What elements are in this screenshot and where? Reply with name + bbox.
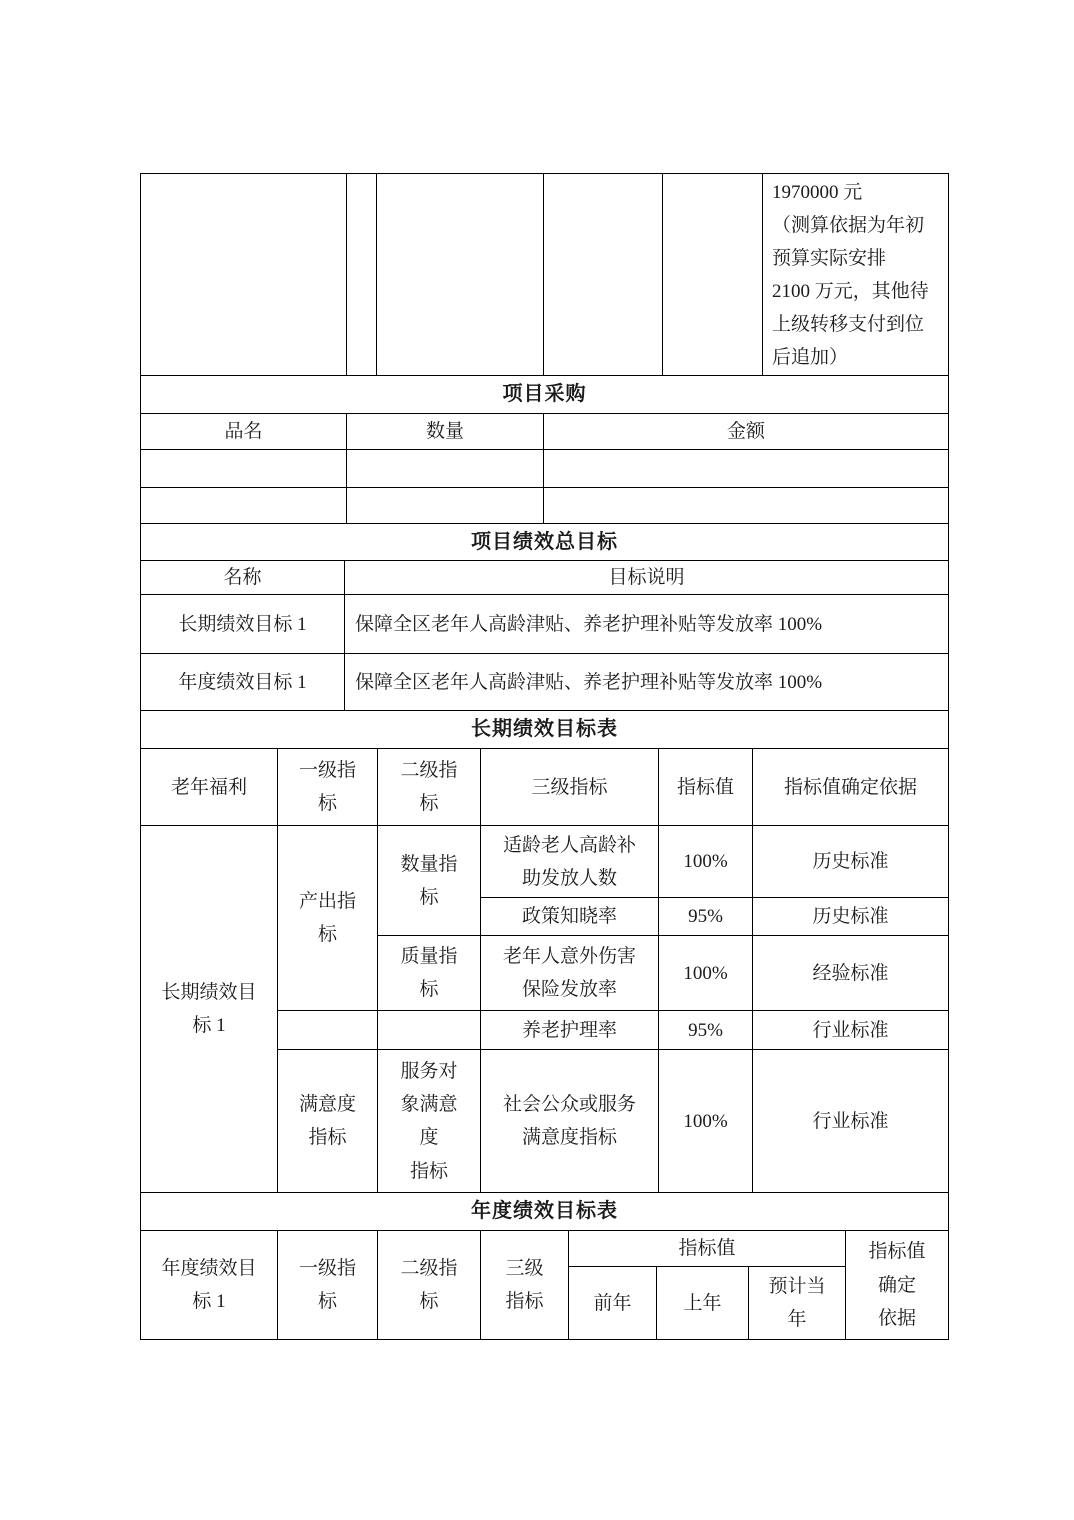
level2-cell: 服务对 象满意 度 指标: [378, 1050, 481, 1193]
document-content: 1970000 元 （测算依据为年初 预算实际安排 2100 万元，其他待 上级…: [140, 173, 948, 1340]
level3-cell: 社会公众或服务 满意度指标: [481, 1050, 659, 1193]
carryover-cell-4: [544, 174, 663, 376]
col-value-basis: 指标值 确定 依据: [846, 1231, 949, 1340]
col-last-year: 上年: [657, 1267, 749, 1340]
value-cell: 95%: [659, 1011, 753, 1050]
col-quantity: 数量: [347, 414, 544, 450]
overall-goals-title: 项目绩效总目标: [141, 524, 949, 561]
carryover-cell-2: [347, 174, 377, 376]
amount-cell: [544, 450, 949, 488]
basis-cell: 行业标准: [753, 1011, 949, 1050]
carryover-cell-5: [663, 174, 763, 376]
long-term-title: 长期绩效目标表: [141, 711, 949, 749]
carryover-cell-3: [377, 174, 544, 376]
procurement-empty-row: [141, 488, 949, 524]
level2-cell: [378, 1011, 481, 1050]
procurement-title: 项目采购: [141, 376, 949, 414]
level1-cell: 满意度 指标: [278, 1050, 378, 1193]
overall-goals-title-row: 项目绩效总目标: [141, 524, 949, 561]
long-term-table: 长期绩效目标表 老年福利 一级指 标 二级指 标 三级指标 指标值 指标值确定依…: [140, 710, 949, 1193]
level2-cell: 数量指 标: [378, 826, 481, 936]
col-level2-indicator: 二级指 标: [378, 749, 481, 826]
value-cell: 100%: [659, 936, 753, 1011]
col-year-before-last: 前年: [569, 1267, 657, 1340]
goal-description-cell: 保障全区老年人高龄津贴、养老护理补贴等发放率 100%: [345, 654, 949, 711]
level3-cell: 政策知晓率: [481, 898, 659, 936]
col-current-year-estimate: 预计当 年: [749, 1267, 846, 1340]
col-level3-indicator: 三级指标: [481, 749, 659, 826]
value-cell: 100%: [659, 826, 753, 898]
budget-amount-note: 1970000 元 （测算依据为年初 预算实际安排 2100 万元，其他待 上级…: [763, 174, 949, 376]
carryover-cell-1: [141, 174, 347, 376]
value-cell: 100%: [659, 1050, 753, 1193]
col-indicator-value-group: 指标值: [569, 1231, 846, 1267]
long-term-title-row: 长期绩效目标表: [141, 711, 949, 749]
indicator-row: 长期绩效目 标 1 产出指 标 数量指 标 适龄老人高龄补 助发放人数 100%…: [141, 826, 949, 898]
annual-header-row-1: 年度绩效目 标 1 一级指 标 二级指 标 三级 指标 指标值 指标值 确定 依…: [141, 1231, 949, 1267]
item-name-cell: [141, 488, 347, 524]
value-cell: 95%: [659, 898, 753, 936]
col-value-basis: 指标值确定依据: [753, 749, 949, 826]
goal-row-annual: 年度绩效目标 1 保障全区老年人高龄津贴、养老护理补贴等发放率 100%: [141, 654, 949, 711]
procurement-empty-row: [141, 450, 949, 488]
col-level1-indicator: 一级指 标: [278, 749, 378, 826]
annual-goal-label: 年度绩效目 标 1: [141, 1231, 278, 1340]
goal-label-cell: 长期绩效目 标 1: [141, 826, 278, 1193]
annual-title-row: 年度绩效目标表: [141, 1193, 949, 1231]
level3-cell: 养老护理率: [481, 1011, 659, 1050]
level2-cell: 质量指 标: [378, 936, 481, 1011]
procurement-header-row: 品名 数量 金额: [141, 414, 949, 450]
goal-name-cell: 年度绩效目标 1: [141, 654, 345, 711]
long-term-header-row: 老年福利 一级指 标 二级指 标 三级指标 指标值 指标值确定依据: [141, 749, 949, 826]
col-level2-indicator: 二级指 标: [378, 1231, 481, 1340]
col-level1-indicator: 一级指 标: [278, 1231, 378, 1340]
quantity-cell: [347, 488, 544, 524]
col-goal-description: 目标说明: [345, 561, 949, 595]
col-level3-indicator: 三级 指标: [481, 1231, 569, 1340]
goal-name-cell: 长期绩效目标 1: [141, 595, 345, 654]
carryover-row: 1970000 元 （测算依据为年初 预算实际安排 2100 万元，其他待 上级…: [141, 174, 949, 376]
amount-cell: [544, 488, 949, 524]
basis-cell: 行业标准: [753, 1050, 949, 1193]
document-page: 1970000 元 （测算依据为年初 预算实际安排 2100 万元，其他待 上级…: [0, 0, 1074, 1520]
col-amount: 金额: [544, 414, 949, 450]
col-category: 老年福利: [141, 749, 278, 826]
basis-cell: 历史标准: [753, 826, 949, 898]
goal-description-cell: 保障全区老年人高龄津贴、养老护理补贴等发放率 100%: [345, 595, 949, 654]
level1-cell: [278, 1011, 378, 1050]
annual-title: 年度绩效目标表: [141, 1193, 949, 1231]
level1-cell: 产出指 标: [278, 826, 378, 1011]
col-indicator-value: 指标值: [659, 749, 753, 826]
basis-cell: 经验标准: [753, 936, 949, 1011]
carryover-table: 1970000 元 （测算依据为年初 预算实际安排 2100 万元，其他待 上级…: [140, 173, 949, 376]
overall-goals-table: 项目绩效总目标 名称 目标说明 长期绩效目标 1 保障全区老年人高龄津贴、养老护…: [140, 523, 949, 711]
col-item-name: 品名: [141, 414, 347, 450]
col-goal-name: 名称: [141, 561, 345, 595]
basis-cell: 历史标准: [753, 898, 949, 936]
annual-table: 年度绩效目标表 年度绩效目 标 1 一级指 标 二级指 标 三级 指标 指标值 …: [140, 1192, 949, 1340]
procurement-title-row: 项目采购: [141, 376, 949, 414]
item-name-cell: [141, 450, 347, 488]
level3-cell: 老年人意外伤害 保险发放率: [481, 936, 659, 1011]
level3-cell: 适龄老人高龄补 助发放人数: [481, 826, 659, 898]
goal-row-long-term: 长期绩效目标 1 保障全区老年人高龄津贴、养老护理补贴等发放率 100%: [141, 595, 949, 654]
quantity-cell: [347, 450, 544, 488]
procurement-table: 项目采购 品名 数量 金额: [140, 375, 949, 524]
overall-goals-header-row: 名称 目标说明: [141, 561, 949, 595]
